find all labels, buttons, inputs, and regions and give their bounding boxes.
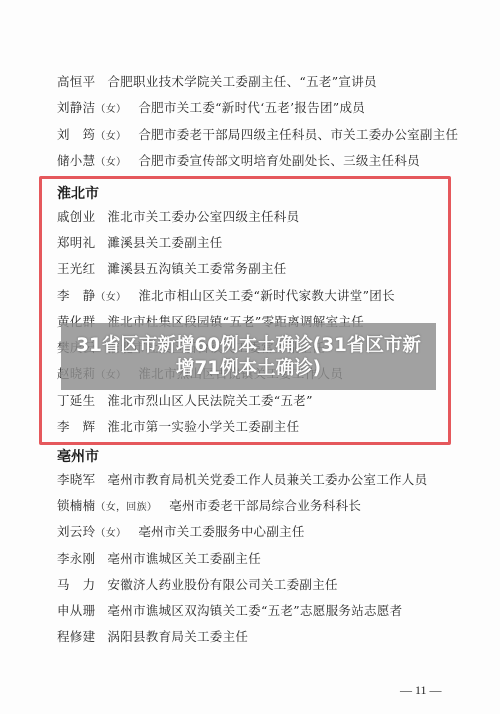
list-item: 刘静洁（女）合肥市关工委“新时代‘五老’报告团”成员: [57, 100, 365, 118]
person-name: 丁延生: [57, 393, 95, 409]
person-name: 程修建: [57, 629, 95, 645]
person-title: 亳州市关工委服务中心副主任: [138, 524, 304, 539]
person-name: 高恒平: [57, 74, 95, 90]
person-title: 淮北市相山区关工委“新时代家教大讲堂”团长: [138, 288, 395, 303]
person-name: 郑明礼: [57, 235, 95, 251]
person-name: 李 辉: [57, 419, 95, 435]
person-title: 安徽济人药业股份有限公司关工委副主任: [107, 577, 337, 592]
list-item: 储小慧（女）合肥市委宣传部文明培育处副处长、三级主任科员: [57, 153, 420, 171]
person-title: 亳州市谯城区双沟镇关工委“五老”志愿服务站志愿者: [107, 603, 402, 618]
list-item: 李晓军亳州市教育局机关党委工作人员兼关工委办公室工作人员: [57, 472, 427, 490]
person-title: 合肥职业技术学院关工委副主任、“五老”宣讲员: [107, 74, 376, 89]
list-item: 李永刚亳州市谯城区关工委副主任: [57, 551, 261, 569]
person-title: 淮北市第一实验小学关工委副主任: [107, 419, 299, 434]
headline-text: 31省区市新增60例本土确诊(31省区市新增71例本土确诊): [69, 334, 429, 380]
headline-overlay: 31省区市新增60例本土确诊(31省区市新增71例本土确诊): [61, 323, 436, 390]
list-item: 丁延生淮北市烈山区人民法院关工委“五老”: [57, 393, 313, 411]
section-heading-huaibei: 淮北市: [57, 183, 99, 203]
document-page: 高恒平合肥职业技术学院关工委副主任、“五老”宣讲员 刘静洁（女）合肥市关工委“新…: [0, 0, 500, 714]
person-name: 李永刚: [57, 551, 95, 567]
person-name: 刘静洁: [57, 100, 95, 116]
person-name: 锁楠楠: [57, 498, 95, 514]
list-item: 马 力安徽济人药业股份有限公司关工委副主任: [57, 577, 338, 595]
person-name: 储小慧: [57, 153, 95, 169]
list-item: 李 静（女）淮北市相山区关工委“新时代家教大讲堂”团长: [57, 288, 395, 306]
person-title: 亳州市委老干部局综合业务科科长: [169, 498, 361, 513]
person-title: 涡阳县教育局关工委主任: [107, 629, 248, 644]
list-item: 程修建涡阳县教育局关工委主任: [57, 629, 248, 647]
section-heading-bozhou: 亳州市: [57, 446, 99, 466]
list-item: 戚创业淮北市关工委办公室四级主任科员: [57, 209, 299, 227]
list-item: 申从珊亳州市谯城区双沟镇关工委“五老”志愿服务站志愿者: [57, 603, 402, 621]
person-name: 刘 筠: [57, 127, 95, 143]
person-title: 亳州市谯城区关工委副主任: [107, 551, 261, 566]
person-name: 戚创业: [57, 209, 95, 225]
person-title: 合肥市委宣传部文明培育处副处长、三级主任科员: [138, 153, 420, 168]
person-title: 濉溪县五沟镇关工委常务副主任: [107, 261, 286, 276]
list-item: 李 辉淮北市第一实验小学关工委副主任: [57, 419, 299, 437]
person-title: 淮北市关工委办公室四级主任科员: [107, 209, 299, 224]
person-name: 刘云玲: [57, 524, 95, 540]
person-title: 淮北市烈山区人民法院关工委“五老”: [107, 393, 312, 408]
person-title: 亳州市教育局机关党委工作人员兼关工委办公室工作人员: [107, 472, 427, 487]
person-name: 李晓军: [57, 472, 95, 488]
person-name: 马 力: [57, 577, 95, 593]
page-number: — 11 —: [400, 683, 442, 698]
list-item: 刘 筠（女）合肥市委老干部局四级主任科员、市关工委办公室副主任: [57, 127, 458, 145]
person-title: 濉溪县关工委副主任: [107, 235, 222, 250]
list-item: 王光红濉溪县五沟镇关工委常务副主任: [57, 261, 287, 279]
list-item: 郑明礼濉溪县关工委副主任: [57, 235, 223, 253]
person-name: 李 静: [57, 288, 95, 304]
list-item: 刘云玲（女）亳州市关工委服务中心副主任: [57, 524, 305, 542]
person-title: 合肥市关工委“新时代‘五老’报告团”成员: [138, 100, 365, 115]
person-title: 合肥市委老干部局四级主任科员、市关工委办公室副主任: [138, 127, 458, 142]
person-name: 王光红: [57, 261, 95, 277]
list-item: 锁楠楠（女，回族）亳州市委老干部局综合业务科科长: [57, 498, 361, 516]
person-name: 申从珊: [57, 603, 95, 619]
list-item: 高恒平合肥职业技术学院关工委副主任、“五老”宣讲员: [57, 74, 377, 92]
